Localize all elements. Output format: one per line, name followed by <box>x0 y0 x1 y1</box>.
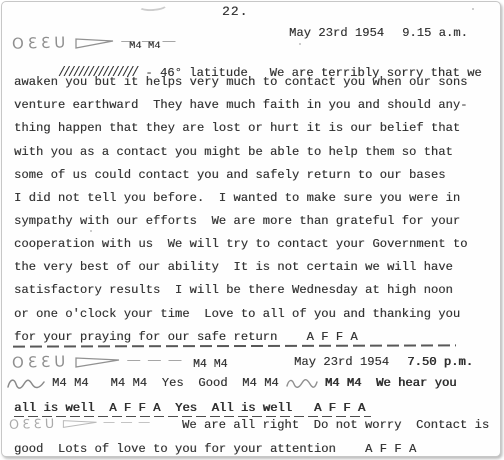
handwritten-dashes: — — — <box>104 415 152 428</box>
typed-line: We are all right Do not worry Contact is <box>182 418 489 432</box>
typed-line: satisfactory results I will be there Wed… <box>14 283 482 306</box>
typed-line: or one o'clock your time Love to all of … <box>14 307 482 330</box>
typed-line: some of us could contact you and safely … <box>14 168 482 191</box>
typed-line: awaken you but it helps very much to con… <box>14 75 482 98</box>
handwritten-glyphs: OƐƐU — — — <box>12 353 183 371</box>
typed-line: ////////////////- 46° latitude We are te… <box>14 52 482 75</box>
message1-body: ////////////////- 46° latitude We are te… <box>14 52 482 353</box>
ink-smudge <box>138 1 169 12</box>
message2-date-line: May 23rd 1954 7.50 p.m. <box>294 355 473 369</box>
typed-line: the very best of our ability It is not c… <box>14 260 482 283</box>
handwritten-letters: OƐƐU <box>9 416 58 433</box>
typed-line: sympathy with our efforts We are more th… <box>14 214 482 237</box>
underlined-text: good Lots of love to you for your attent… <box>14 442 472 457</box>
typed-segment: M4 M4 M4 M4 Yes Good M4 M4 <box>52 376 279 390</box>
time-text: 7.50 p.m. <box>407 355 473 369</box>
handwritten-letters: OƐƐU <box>12 33 70 52</box>
typed-line: venture earthward They have much faith i… <box>14 98 482 121</box>
handwritten-glyphs: OƐƐU — — — <box>9 416 151 431</box>
time-text: 9.15 a.m. <box>402 26 468 40</box>
date-text: May 23rd 1954 <box>294 355 389 369</box>
document-page: 22. May 23rd 1954 9.15 a.m. OƐƐU — — — M… <box>1 1 501 457</box>
typed-line: thing happen that they are lost or hurt … <box>14 121 482 144</box>
pennant-icon <box>74 356 122 369</box>
scribble-icon <box>286 377 318 389</box>
handwritten-letters: OƐƐU <box>12 352 70 371</box>
pennant-icon <box>74 37 116 50</box>
page-number: 22. <box>222 4 248 19</box>
handwritten-dashes: — — — <box>127 352 183 367</box>
underlined-text: all is well A F F A Yes All is well A F … <box>14 401 371 417</box>
station-code: M4 M4 <box>193 358 228 371</box>
typed-line: for your praying for our safe return A F… <box>14 330 482 353</box>
typed-line: I did not tell you before. I wanted to m… <box>14 191 482 214</box>
good-line: good Lots of love to you for your attent… <box>14 439 472 457</box>
pennant-icon <box>62 419 99 429</box>
scribble-icon <box>7 376 45 390</box>
paper-speck <box>472 8 474 10</box>
well-line: all is well A F F A Yes All is well A F … <box>14 398 371 417</box>
hear-you-line: M4 M4 M4 M4 Yes Good M4 M4 M4 M4 We hear… <box>7 376 456 390</box>
typed-line: cooperation with us We will try to conta… <box>14 237 482 260</box>
typed-segment: M4 M4 We hear you <box>325 376 457 390</box>
date-text: May 23rd 1954 <box>289 26 384 40</box>
message1-date-line: May 23rd 1954 9.15 a.m. <box>289 26 468 40</box>
paper-speck <box>299 43 301 45</box>
station-code: M4 M4 <box>129 40 161 52</box>
typed-line: with you as a contact you might be able … <box>14 145 482 168</box>
